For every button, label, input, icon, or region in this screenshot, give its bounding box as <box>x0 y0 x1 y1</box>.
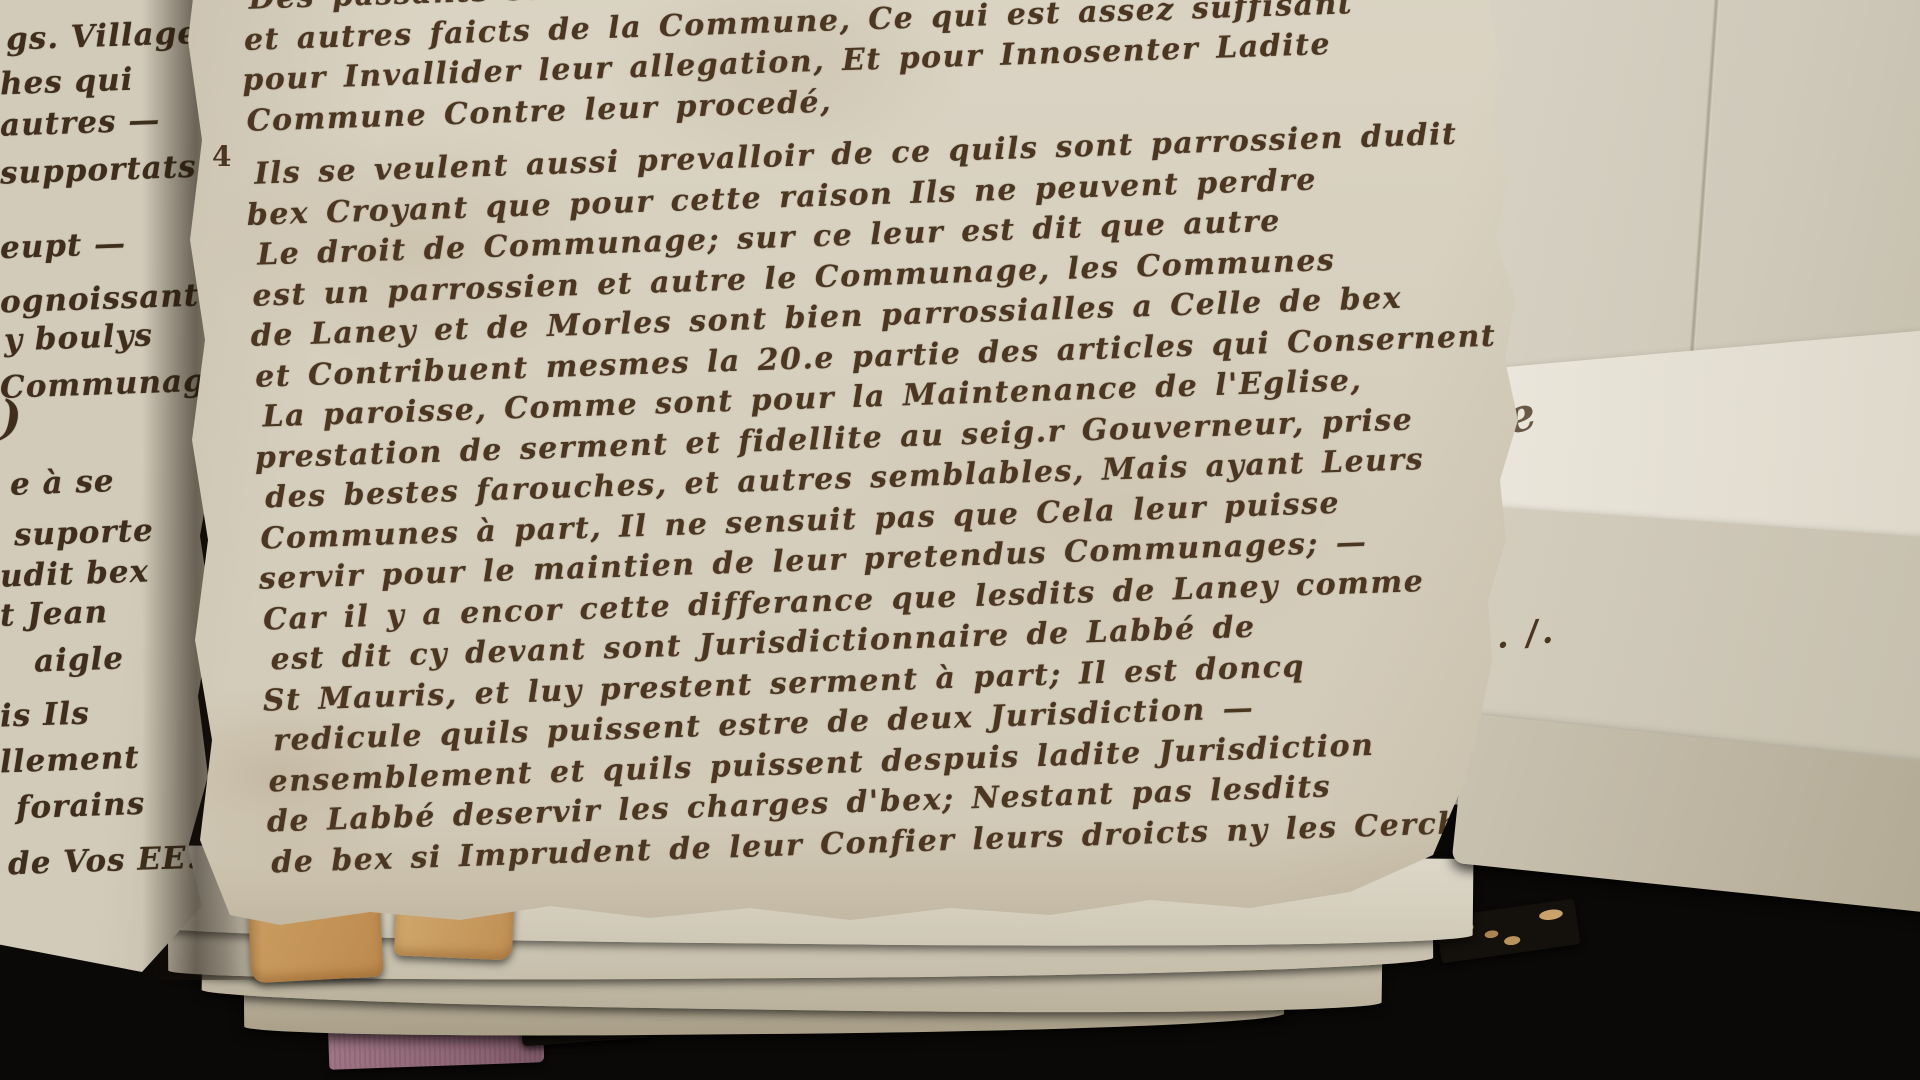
manuscript-fragment: forains <box>15 786 145 826</box>
manuscript-fragment: e à se <box>9 463 115 503</box>
manuscript-fragment: ) <box>0 390 24 445</box>
margin-paragraph-number: 4 <box>212 140 231 173</box>
photograph-of-manuscript: { "palette": { "background": "#0b0908", … <box>0 0 1920 1080</box>
manuscript-fragment: suporte <box>13 513 154 554</box>
manuscript-fragment: autres — <box>0 102 161 144</box>
manuscript-fragment: eupt — <box>0 226 127 266</box>
manuscript-fragment: t Jean <box>0 594 109 634</box>
main-manuscript-page: 4 Des passants sassemblent et autres fai… <box>170 0 1540 960</box>
manuscript-text-block: Des passants sassemblent et autres faict… <box>242 0 1571 884</box>
ink-slash-mark: . /. <box>1494 611 1558 657</box>
manuscript-fragment: llement <box>0 740 140 781</box>
manuscript-fragment: hes qui <box>0 62 134 103</box>
manuscript-fragment: udit bex <box>0 553 150 594</box>
manuscript-fragment: aigle <box>33 640 124 679</box>
manuscript-fragment: y boulys <box>3 317 153 358</box>
manuscript-fragment: is Ils <box>0 695 90 734</box>
